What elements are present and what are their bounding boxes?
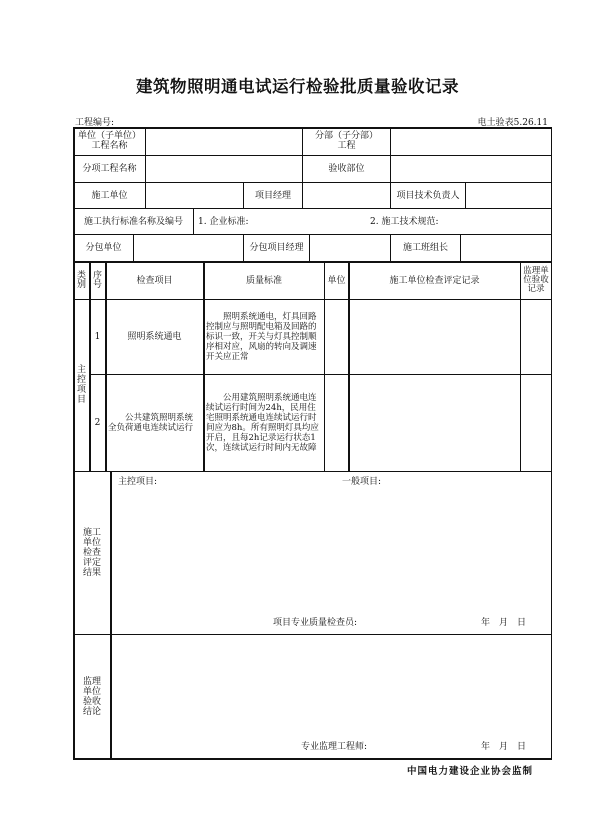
- contractor-conclusion-field[interactable]: [112, 490, 550, 612]
- item-name: 公共建筑照明系统全负荷通电连续试运行: [106, 375, 203, 471]
- item-supervisor-record-field[interactable]: [521, 375, 551, 471]
- tech-lead-field[interactable]: [466, 183, 550, 208]
- general-items-label: 一般项目:: [342, 476, 442, 488]
- supervisor-date: 年 月 日: [481, 741, 541, 753]
- item-name: 照明系统通电: [106, 299, 203, 374]
- team-leader-field[interactable]: [461, 235, 550, 261]
- tech-lead-label: 项目技术负责人: [391, 183, 465, 208]
- standard-label: 施工执行标准名称及编号: [74, 209, 193, 234]
- sub-manager-label: 分包项目经理: [244, 235, 309, 261]
- header-unit: 单位: [325, 262, 348, 299]
- unit-name-field[interactable]: [146, 128, 302, 155]
- tech-spec-field[interactable]: 2. 施工技术规范:: [370, 209, 520, 234]
- sub-manager-field[interactable]: [310, 235, 390, 261]
- unit-name-label: 单位（子单位）工程名称: [74, 128, 145, 155]
- item-unit-field[interactable]: [325, 299, 348, 374]
- item-unit-field[interactable]: [325, 375, 348, 471]
- supervisor-conclusion-label: 监理单位验收结论: [74, 635, 110, 758]
- inspector-label: 项目专业质量检查员:: [273, 617, 393, 629]
- contractor-conclusion-label: 施工单位检查评定结果: [74, 472, 110, 634]
- item-standard: 照明系统通电，灯具回路控制应与照明配电箱及回路的标识一致，开关与灯具控制顺序相对…: [204, 299, 324, 374]
- team-leader-label: 施工班组长: [391, 235, 460, 261]
- contractor-label: 施工单位: [74, 183, 145, 208]
- footer-issuer: 中国电力建设企业协会监制: [407, 763, 533, 777]
- item-standard: 公用建筑照明系统通电连续试运行时间为24h，民用住宅照明系统通电连续试运行时间应…: [204, 375, 324, 471]
- project-manager-field[interactable]: [303, 183, 390, 208]
- item-contractor-record-field[interactable]: [349, 299, 520, 374]
- header-standard: 质量标准: [204, 262, 324, 299]
- engineer-label: 专业监理工程师:: [301, 741, 421, 753]
- category-main-control: 主控项目: [74, 299, 89, 471]
- header-item: 检查项目: [106, 262, 203, 299]
- division-field[interactable]: [391, 128, 550, 155]
- subcontractor-label: 分包单位: [74, 235, 133, 261]
- contractor-date: 年 月 日: [481, 617, 541, 629]
- item-contractor-record-field[interactable]: [349, 375, 520, 471]
- acceptance-part-label: 验收部位: [303, 156, 390, 182]
- division-label: 分部（子分部）工程: [303, 128, 390, 155]
- item-seq: 1: [90, 299, 105, 374]
- header-contractor-record: 施工单位检查评定记录: [349, 262, 520, 299]
- enterprise-standard-field[interactable]: 1. 企业标准:: [198, 209, 318, 234]
- header-category: 类别: [74, 262, 89, 299]
- acceptance-part-field[interactable]: [391, 156, 550, 182]
- sub-item-label: 分项工程名称: [74, 156, 145, 182]
- main-items-label: 主控项目:: [118, 476, 218, 488]
- supervisor-conclusion-field[interactable]: [112, 636, 550, 736]
- contractor-field[interactable]: [146, 183, 243, 208]
- header-supervisor-record: 监理单位验收记录: [521, 262, 551, 299]
- header-seq: 序号: [90, 262, 105, 299]
- project-manager-label: 项目经理: [244, 183, 302, 208]
- sub-item-field[interactable]: [146, 156, 302, 182]
- subcontractor-field[interactable]: [134, 235, 243, 261]
- page-title: 建筑物照明通电试运行检验批质量验收记录: [0, 73, 595, 97]
- item-seq: 2: [90, 375, 105, 471]
- item-supervisor-record-field[interactable]: [521, 299, 551, 374]
